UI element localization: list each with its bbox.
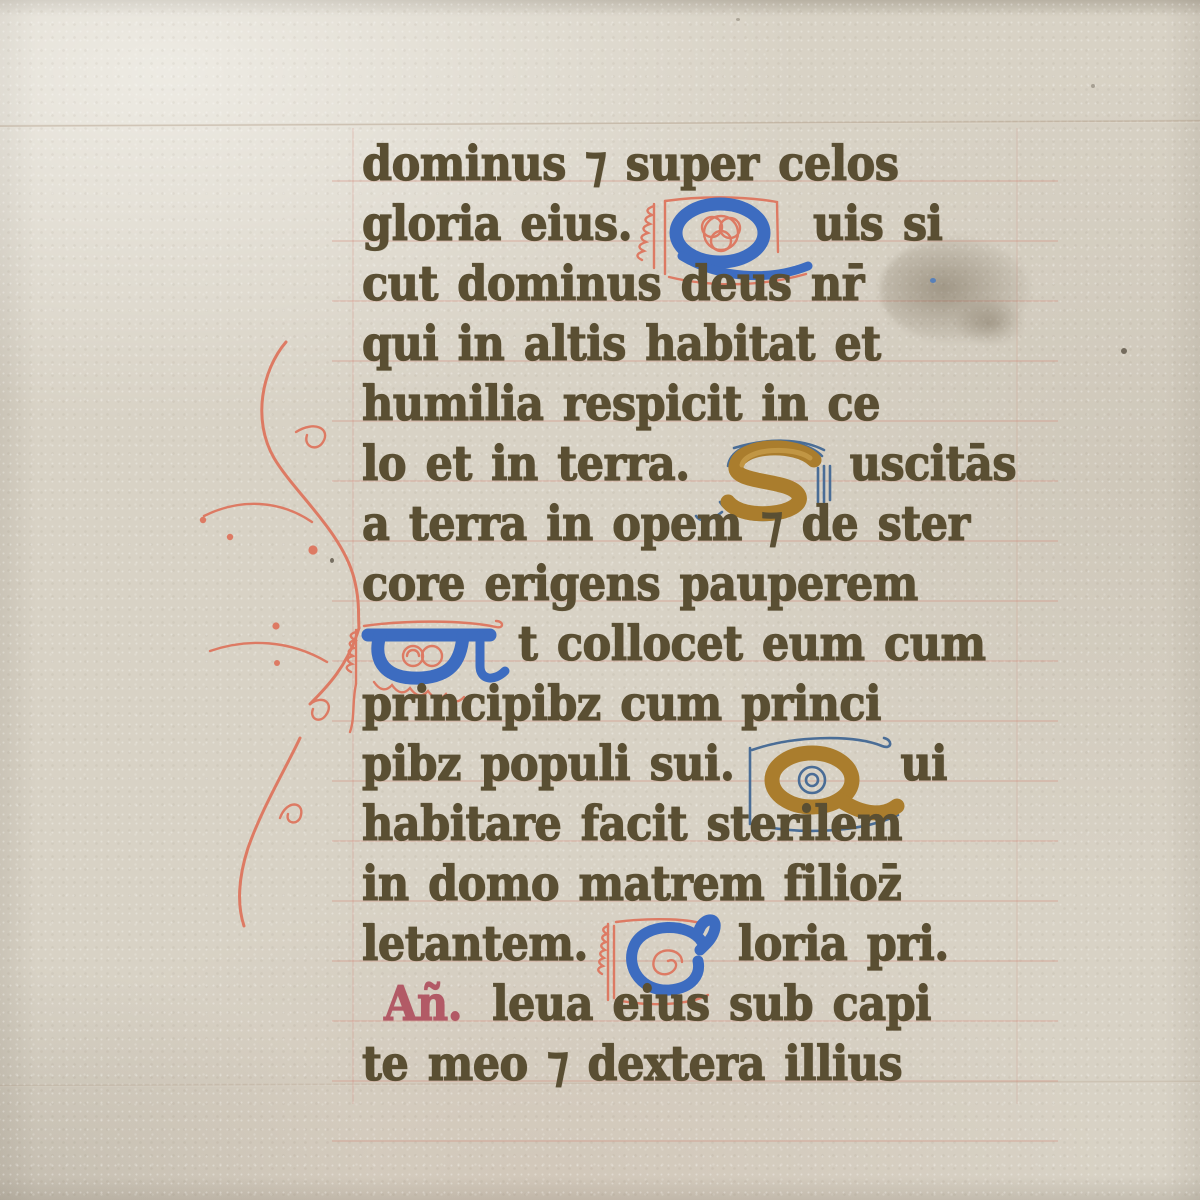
initial-letter: G [658, 956, 666, 967]
line-text: leua eius sub capi [492, 971, 931, 1038]
text-line: humilia respicit in ce [356, 376, 1076, 436]
line-text: letantem. [362, 911, 588, 978]
initial-letter: Q [716, 230, 724, 241]
rubric-antiphon-abbreviation: Añ. [384, 971, 462, 1038]
initial-letter: Q [806, 776, 814, 787]
text-line: a terra in opem ⁊ de ster [356, 496, 1076, 556]
text-line: lo et in terra. S uscitās [356, 436, 1076, 496]
text-line: letantem. G loria pri. [356, 916, 1076, 976]
ink-speck [736, 18, 740, 21]
line-text: principibz cum princi [362, 671, 881, 738]
ink-speck [1091, 84, 1095, 88]
initial-letter: U [416, 652, 424, 663]
line-text: te meo ⁊ dextera illius [362, 1031, 902, 1098]
text-line: in domo matrem filioz̄ [356, 856, 1076, 916]
initial-letter: S [768, 478, 775, 489]
line-text: ui [900, 731, 947, 798]
line-text: a terra in opem ⁊ de ster [362, 491, 970, 558]
text-line: core erigens pauperem [356, 556, 1076, 616]
text-line: te meo ⁊ dextera illius [356, 1036, 1076, 1096]
text-line: pibz populi sui. Q ui [356, 736, 1076, 796]
blue-pigment-speck [930, 278, 936, 283]
ink-speck [1121, 348, 1127, 354]
line-text: uscitās [850, 431, 1016, 498]
line-text: core erigens pauperem [362, 551, 918, 618]
line-text: pibz populi sui. [362, 731, 734, 798]
text-line: habitare facit sterilem [356, 796, 1076, 856]
line-text: humilia respicit in ce [362, 371, 880, 438]
line-text: lo et in terra. [362, 431, 690, 498]
line-text: gloria eius. [362, 191, 632, 258]
line-text: in domo matrem filioz̄ [362, 851, 901, 918]
text-line: U t collocet eum cum [338, 616, 1076, 676]
line-text: t collocet eum cum [518, 611, 985, 678]
line-text: qui in altis habitat et [362, 311, 881, 378]
text-line: dominus ⁊ super celos [356, 136, 1076, 196]
line-text: cut dominus deus nr̄ [362, 251, 864, 318]
ink-speck [330, 558, 334, 563]
crease-line-top [0, 119, 1200, 127]
line-text: loria pri. [738, 911, 949, 978]
text-line: principibz cum princi [356, 676, 1076, 736]
text-line: Añ.leua eius sub capi [356, 976, 1076, 1036]
line-text: habitare facit sterilem [362, 791, 902, 858]
ink-smudge [955, 300, 1025, 346]
manuscript-page: dominus ⁊ super celos gloria eius. Q uis… [0, 0, 1200, 1200]
line-text: dominus ⁊ super celos [362, 131, 898, 198]
